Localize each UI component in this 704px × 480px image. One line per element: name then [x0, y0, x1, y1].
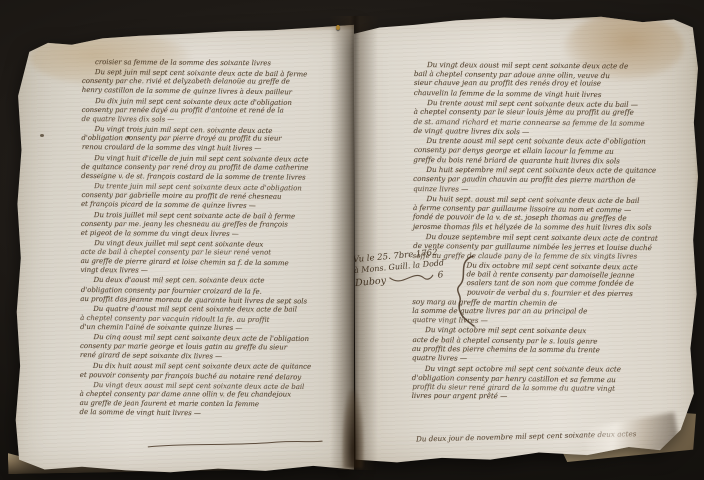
bottom-entry-line: Du deux jour de novembre mil sept cent s…	[416, 427, 704, 443]
manuscript-line: Du quatre d'aoust mil sept cent soixante…	[80, 305, 348, 315]
right-page-text: Du vingt deux aoust mil sept cent soixan…	[412, 60, 692, 402]
margin-note-number: 6	[437, 270, 444, 280]
left-page-paper: croisier sa femme de la somme des soixan…	[14, 24, 354, 474]
right-page: Du vingt deux aoust mil sept cent soixan…	[352, 14, 698, 466]
manuscript-line: consenty par me. jeany les chesneau au g…	[81, 220, 349, 230]
wax-speck	[336, 25, 340, 30]
manuscript-line: à cheptel consenty par dame anne ollin v…	[80, 390, 348, 400]
left-page: croisier sa femme de la somme des soixan…	[14, 24, 354, 474]
manuscript-line: Du huit septembre mil sept cent soixante…	[413, 165, 691, 175]
manuscript-line: jerosme thomas fils et hélyzée de la som…	[413, 222, 691, 232]
manuscript-line: à cheptel consenty par le sieur louis jè…	[414, 107, 692, 117]
manuscript-line: de quitance consenty par rené droy au pr…	[81, 163, 349, 173]
manuscript-line: desseigne v. de st. françois costard de …	[81, 172, 349, 183]
right-page-paper: Du vingt deux aoust mil sept cent soixan…	[352, 14, 698, 466]
manuscript-line: Du deux d'aoust mil sept cen. soixante d…	[80, 276, 348, 286]
end-flourish	[146, 430, 324, 440]
manuscript-line: Du dix huit aoust mil sept cent soixante…	[80, 362, 348, 372]
manuscript-line: consenty par renée dayé au proffit d'ant…	[82, 106, 350, 116]
entry-brace-icon	[451, 254, 477, 328]
manuscript-line: et pigeot de la somme du vingt deux livr…	[81, 229, 349, 240]
manuscript-line: croisier sa femme de la somme des soixan…	[82, 58, 350, 69]
manuscript-line: Du vingt sept octobre mil sept cent soix…	[412, 364, 690, 374]
manuscript-line: livres pour argent prêté —	[412, 391, 690, 401]
manuscript-line: de quatre livres dix sols —	[82, 115, 350, 126]
manuscript-line: sieur chauve jean au proffit des renés d…	[414, 78, 692, 88]
manuscript-photograph: croisier sa femme de la somme des soixan…	[0, 0, 704, 480]
left-page-text: croisier sa femme de la somme des soixan…	[79, 58, 350, 419]
manuscript-line: acte de bail à cheptel consenty par le s…	[81, 248, 349, 258]
manuscript-line: de la somme de vingt huit livres —	[79, 408, 347, 420]
ink-speck	[40, 134, 44, 137]
